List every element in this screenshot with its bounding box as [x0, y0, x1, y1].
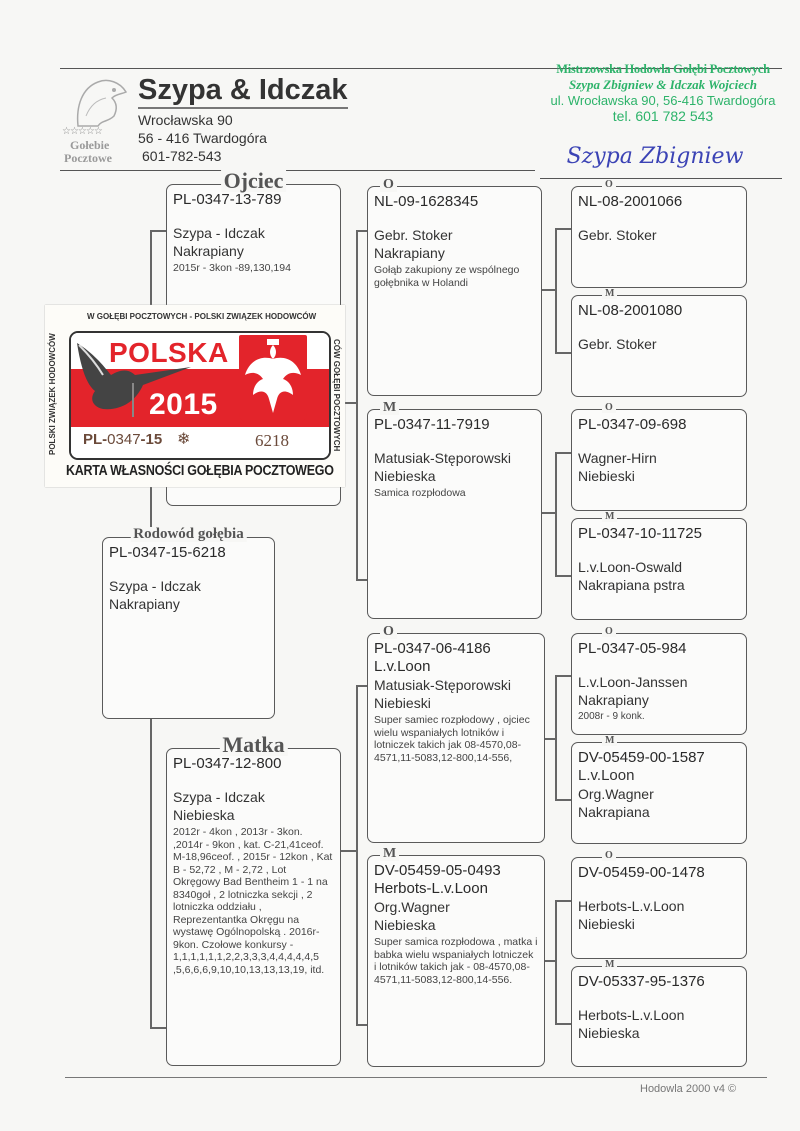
logo-text-2: Pocztowe	[64, 151, 112, 166]
ring-number: NL-08-2001066	[578, 193, 740, 211]
card-year: 2015	[149, 388, 218, 422]
color-line: Niebieski	[578, 467, 740, 485]
strain-line: L.v.Loon	[374, 658, 538, 676]
breeder-line: Matusiak-Stęporowski	[374, 449, 535, 467]
dam-box: Matka PL-0347-12-800 Szypa - Idczak Nieb…	[166, 748, 341, 1066]
strain-line: Herbots-L.v.Loon	[374, 880, 538, 898]
ring-year: -15	[141, 431, 163, 448]
color-line: Niebieska	[173, 806, 334, 824]
breeder-line: Gebr. Stoker	[374, 226, 535, 244]
box-label: M	[602, 736, 617, 746]
box-label: O	[602, 627, 616, 637]
ring-number: DV-05337-95-1376	[578, 973, 740, 991]
connector	[541, 512, 555, 514]
ring-number: PL-0347-05-984	[578, 640, 740, 658]
software-credit: Hodowla 2000 v4 ©	[640, 1083, 736, 1095]
color-line: Niebieska	[578, 1024, 740, 1042]
grandsire-paternal-box: O NL-09-1628345 Gebr. Stoker Nakrapiany …	[367, 186, 542, 396]
color-line: Nakrapiana pstra	[578, 576, 740, 594]
connector	[555, 900, 557, 1024]
ancestor-box: O NL-08-2001066 Gebr. Stoker	[571, 186, 747, 288]
connector	[555, 1023, 571, 1025]
breeder-line: Org.Wagner	[578, 785, 740, 803]
card-number: 6218	[255, 431, 289, 451]
card-symbol: ❄	[177, 429, 190, 449]
ancestor-box: M DV-05459-00-1587 L.v.Loon Org.Wagner N…	[571, 742, 747, 844]
ring-prefix: PL-	[83, 431, 107, 448]
granddam-paternal-box: M PL-0347-11-7919 Matusiak-Stęporowski N…	[367, 409, 542, 619]
box-label: Matka	[219, 734, 287, 756]
color-line: Niebieski	[578, 915, 740, 933]
strain-line: L.v.Loon	[578, 767, 740, 785]
ancestor-box: M DV-05337-95-1376 Herbots-L.v.Loon Nieb…	[571, 966, 747, 1067]
ring-number: DV-05459-05-0493	[374, 862, 538, 880]
breeder-line: Szypa - Idczak	[109, 577, 268, 595]
granddam-maternal-box: M DV-05459-05-0493 Herbots-L.v.Loon Org.…	[367, 855, 545, 1067]
stamp-line-1: Mistrzowska Hodowla Gołębi Pocztowych	[548, 62, 778, 77]
pigeon-subject-box: Rodowód gołębia PL-0347-15-6218 Szypa - …	[102, 537, 275, 719]
connector	[555, 228, 557, 353]
card-country: POLSKA	[109, 337, 229, 369]
connector	[555, 799, 571, 801]
ring-number: PL-0347-15-6218	[109, 544, 268, 562]
breeder-line: Herbots-L.v.Loon	[578, 897, 740, 915]
breeder-name: Szypa & Idczak	[138, 74, 348, 107]
ring-number: PL-0347-13-789	[173, 191, 334, 209]
breeder-logo: ☆☆☆☆☆ Gołebie Pocztowe	[58, 76, 134, 164]
box-label: Ojciec	[221, 170, 287, 192]
stamp-line-2: Szypa Zbigniew & Idczak Wojciech	[548, 77, 778, 93]
connector	[555, 352, 571, 354]
connector	[555, 452, 557, 576]
box-label: O	[602, 180, 616, 190]
breeder-line: L.v.Loon-Janssen	[578, 673, 740, 691]
connector	[150, 230, 166, 232]
connector	[555, 575, 571, 577]
phone: 601-782-543	[142, 148, 221, 164]
achievements-note: 2012r - 4kon , 2013r - 3kon. ,2014r - 9k…	[173, 826, 334, 976]
card-arc-left: POLSKI ZWIĄZEK HODOWCÓW	[48, 333, 57, 455]
pigeon-head-logo-icon	[72, 76, 128, 128]
footer-rule	[65, 1077, 767, 1078]
ring-number: PL-0347-06-4186	[374, 640, 538, 658]
logo-stars: ☆☆☆☆☆	[62, 126, 102, 137]
connector	[555, 675, 571, 677]
ancestor-box: M NL-08-2001080 Gebr. Stoker	[571, 295, 747, 397]
polish-eagle-icon	[239, 335, 307, 423]
ring-district: 0347	[107, 431, 140, 448]
grandsire-maternal-box: O PL-0347-06-4186 L.v.Loon Matusiak-Stęp…	[367, 633, 545, 843]
box-label: M	[602, 512, 617, 522]
ring-number: DV-05459-00-1587	[578, 749, 740, 767]
card-ring-number: PL-0347-15	[83, 431, 162, 448]
card-title: KARTA WŁASNOŚCI GOŁĘBIA POCZTOWEGO	[66, 463, 324, 479]
box-label: M	[380, 847, 399, 861]
stamp-line-3: ul. Wrocławska 90, 56-416 Twardogóra	[548, 93, 778, 108]
connector	[555, 452, 571, 454]
box-label: O	[602, 403, 616, 413]
ring-number: PL-0347-11-7919	[374, 416, 535, 434]
ancestor-box: M PL-0347-10-11725 L.v.Loon-Oswald Nakra…	[571, 518, 747, 620]
note: Gołąb zakupiony ze wspólnego gołębnika w…	[374, 264, 535, 289]
connector	[150, 718, 152, 1028]
connector	[555, 228, 571, 230]
address-street: Wrocławska 90	[138, 112, 233, 128]
note: Super samiec rozpłodowy , ojciec wielu w…	[374, 714, 538, 764]
ancestor-box: O PL-0347-09-698 Wagner-Hirn Niebieski	[571, 409, 747, 511]
color-line: Nakrapiany	[374, 244, 535, 262]
achievements-note: 2015r - 3kon -89,130,194	[173, 262, 334, 275]
ring-number: PL-0347-10-11725	[578, 525, 740, 543]
connector	[555, 900, 571, 902]
connector	[555, 675, 557, 800]
address-city: 56 - 416 Twardogóra	[138, 130, 267, 146]
breeder-line: Gebr. Stoker	[578, 226, 740, 244]
ring-number: NL-08-2001080	[578, 302, 740, 320]
color-line: Niebieski	[374, 694, 538, 712]
handwritten-signature: Szypa Zbigniew	[540, 144, 770, 169]
color-line: Niebieska	[374, 467, 535, 485]
connector	[356, 230, 358, 580]
color-line: Nakrapiana	[578, 803, 740, 821]
ancestor-box: O PL-0347-05-984 L.v.Loon-Janssen Nakrap…	[571, 633, 747, 735]
breeder-line: Matusiak-Stęporowski	[374, 676, 538, 694]
header-rule-right	[540, 178, 782, 179]
box-label: O	[602, 851, 616, 861]
breeder-line: Org.Wagner	[374, 898, 538, 916]
box-label: Rodowód gołębia	[130, 527, 246, 542]
ownership-card: W GOŁĘBI POCZTOWYCH - POLSKI ZWIĄZEK HOD…	[45, 305, 345, 487]
breeder-line: L.v.Loon-Oswald	[578, 558, 740, 576]
ring-number: PL-0347-12-800	[173, 755, 334, 773]
connector	[541, 289, 555, 291]
note: Samica rozpłodowa	[374, 487, 535, 500]
breeder-line: Szypa - Idczak	[173, 224, 334, 242]
stamp-line-4: tel. 601 782 543	[548, 108, 778, 124]
color-line: Nakrapiany	[109, 595, 268, 613]
box-label: M	[380, 401, 399, 415]
breeder-line: Herbots-L.v.Loon	[578, 1006, 740, 1024]
color-line: Nakrapiany	[173, 242, 334, 260]
ring-number: DV-05459-00-1478	[578, 864, 740, 882]
connector	[150, 1027, 166, 1029]
header-rule-left	[60, 170, 535, 171]
brand-underline	[138, 107, 348, 109]
color-line: Niebieska	[374, 916, 538, 934]
note: Super samica rozpłodowa , matka i babka …	[374, 936, 538, 986]
box-label: O	[380, 625, 397, 639]
card-inner: POLSKA 2015 PL-0347-15 ❄ 6218	[69, 331, 331, 460]
card-arc-top: W GOŁĘBI POCZTOWYCH - POLSKI ZWIĄZEK HOD…	[87, 312, 316, 321]
breeder-line: Gebr. Stoker	[578, 335, 740, 353]
connector	[340, 850, 356, 852]
ring-number: NL-09-1628345	[374, 193, 535, 211]
note: 2008r - 9 konk.	[578, 711, 740, 724]
color-line: Nakrapiany	[578, 691, 740, 709]
ancestor-box: O DV-05459-00-1478 Herbots-L.v.Loon Nieb…	[571, 857, 747, 959]
card-arc-right: CÓW GOŁĘBI POCZTOWYCH	[332, 339, 341, 451]
breeder-line: Wagner-Hirn	[578, 449, 740, 467]
breeder-stamp: Mistrzowska Hodowla Gołębi Pocztowych Sz…	[548, 62, 778, 124]
box-label: M	[602, 960, 617, 970]
box-label: O	[380, 178, 397, 192]
breeder-line: Szypa - Idczak	[173, 788, 334, 806]
box-label: M	[602, 289, 617, 299]
connector	[356, 685, 358, 1025]
ring-number: PL-0347-09-698	[578, 416, 740, 434]
